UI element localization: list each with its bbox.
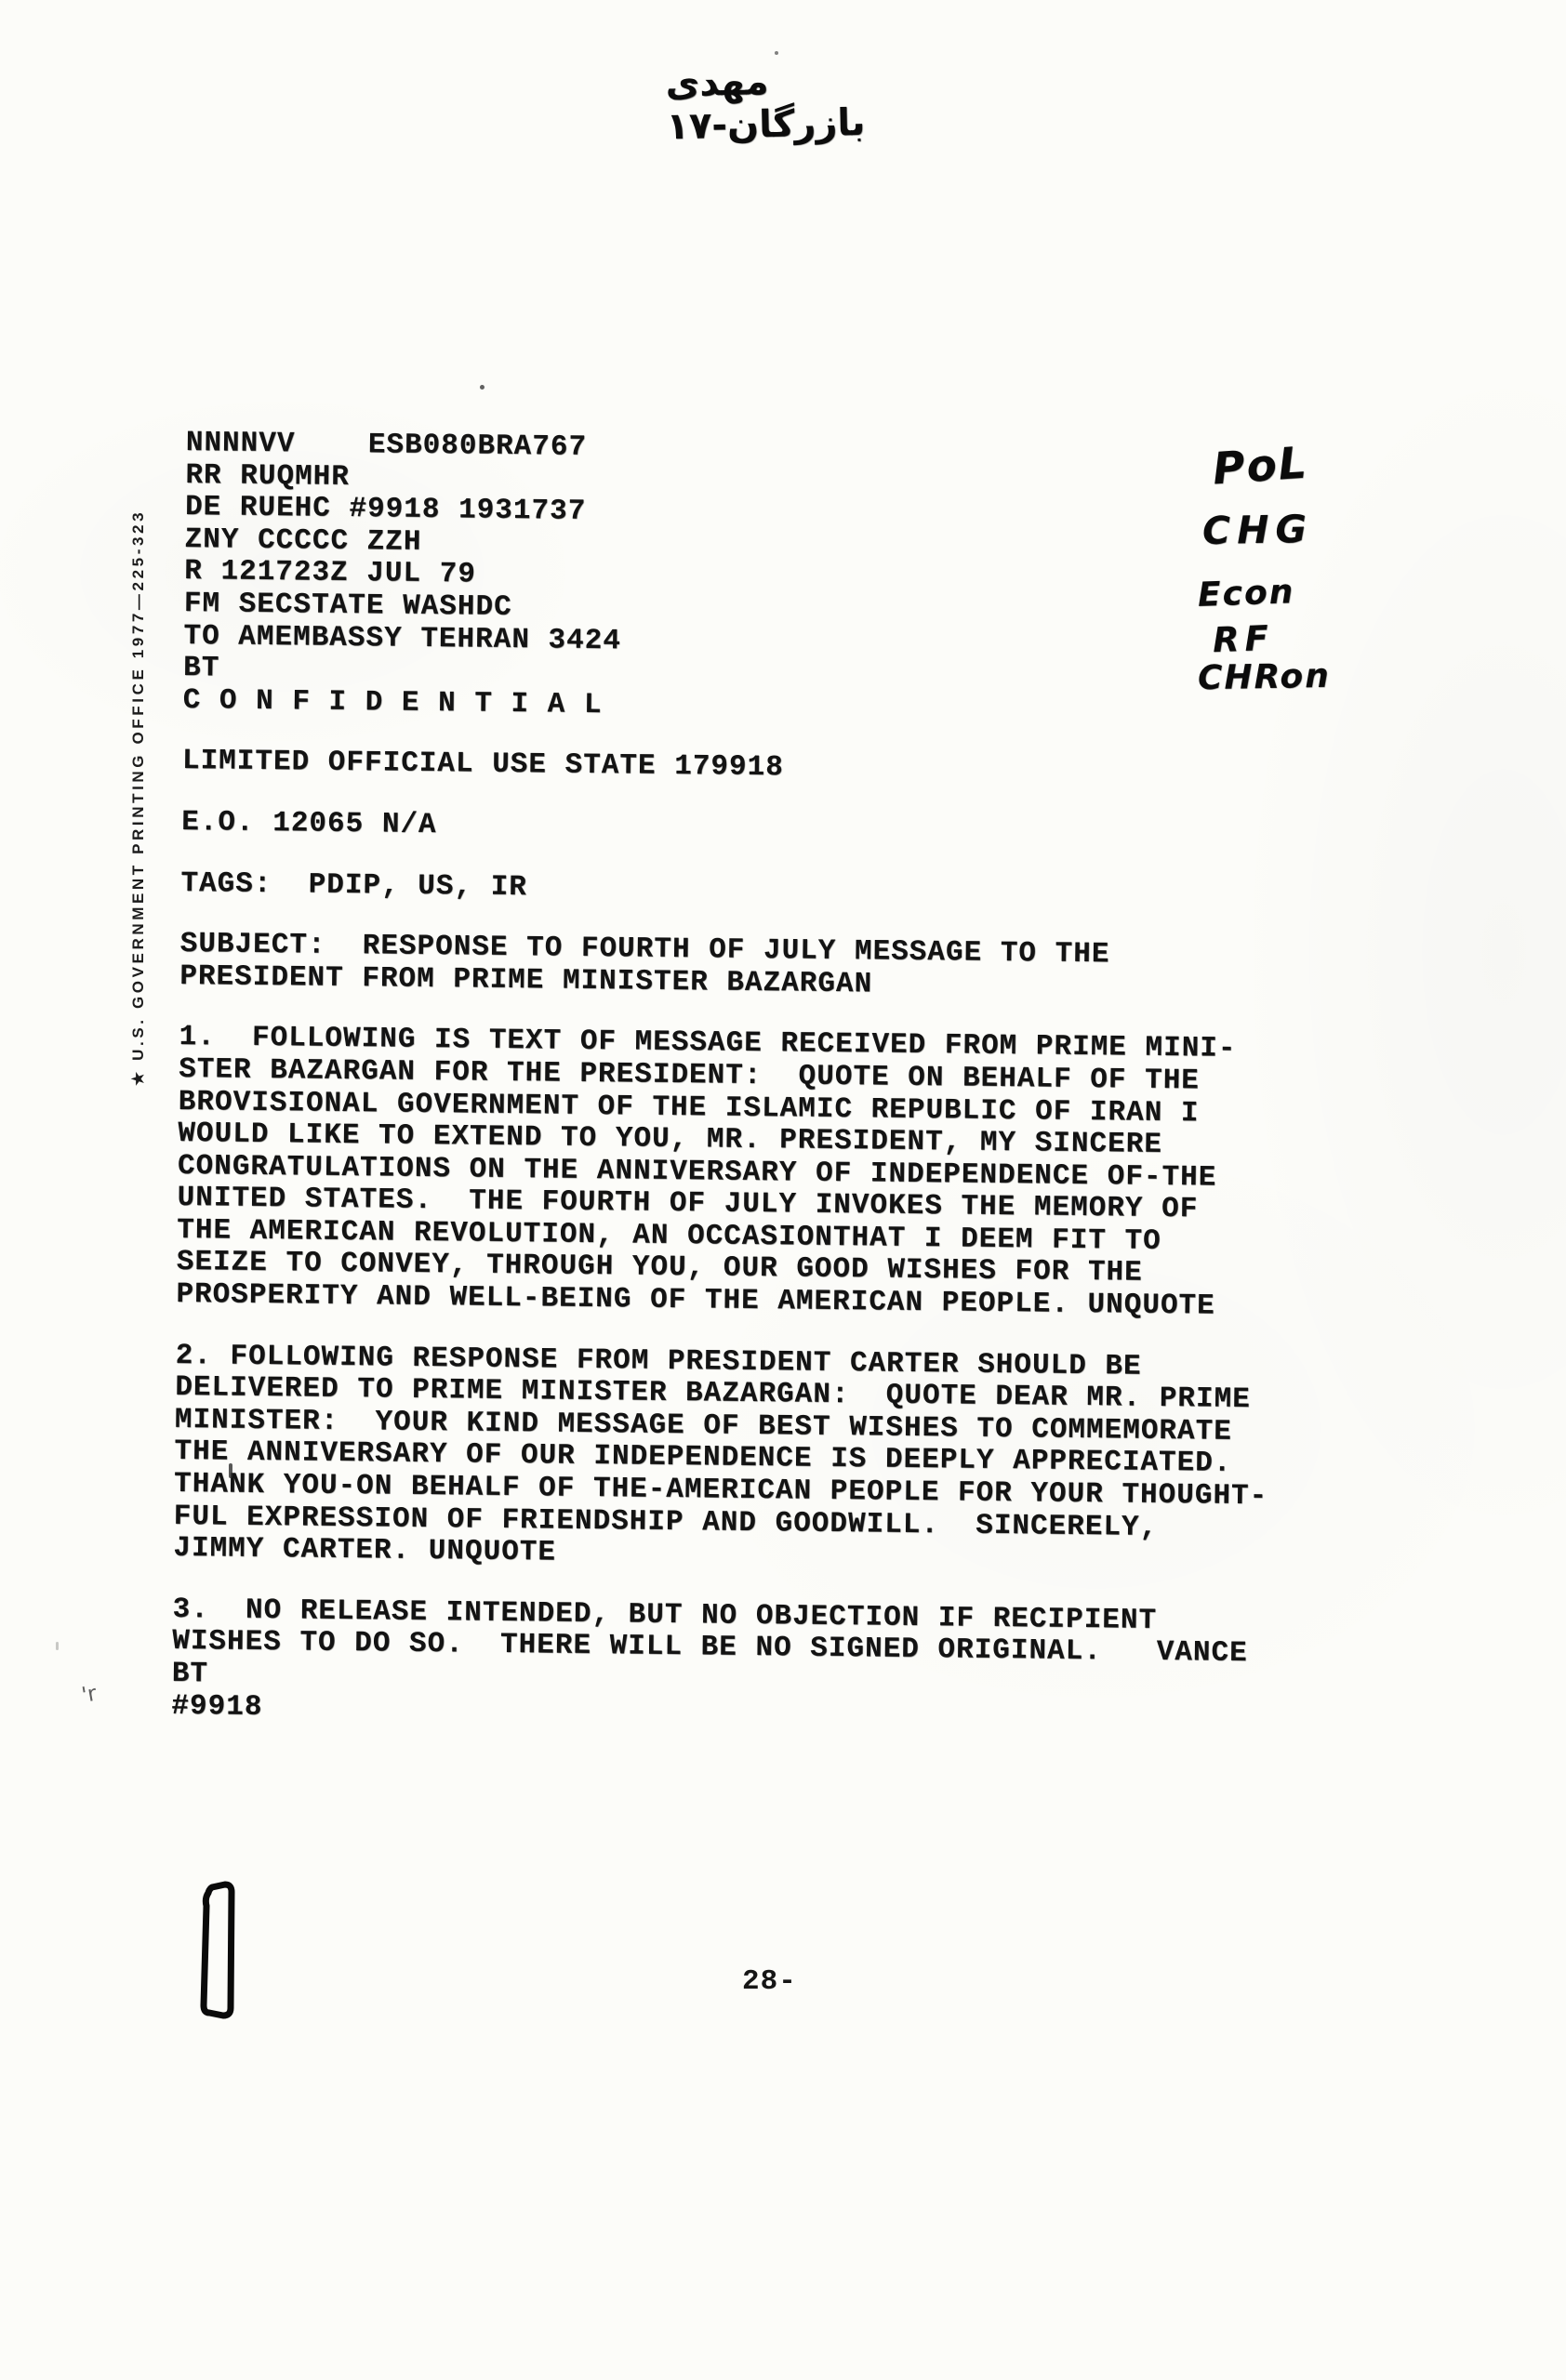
scan-speck [775,51,778,55]
telegram-line: E.O. 12065 N/A [181,807,1381,853]
handwritten-farsi-note: مهدی بازرگان-۱۷ [665,57,964,149]
telegram-section-1: LIMITED OFFICIAL USE STATE 179918 [182,746,1382,791]
page-number: 28- [742,1965,797,1998]
scan-speck [56,1642,59,1650]
telegram-section-5: 1. FOLLOWING IS TEXT OF MESSAGE RECEIVED… [176,1022,1378,1325]
telegram-text: NNNNVV ESB080BRA767RR RUQMHRDE RUEHC #99… [171,428,1386,1737]
telegram-line: TAGS: PDIP, US, IR [180,868,1380,914]
telegram-section-0: NNNNVV ESB080BRA767RR RUQMHRDE RUEHC #99… [182,428,1385,731]
telegram-section-4: SUBJECT: RESPONSE TO FOURTH OF JULY MESS… [179,929,1380,1007]
scanned-page: مهدی بازرگان-۱۷ PoL CHG Econ RF CHRon ★ … [0,0,1566,2380]
telegram-section-7: 3. NO RELEASE INTENDED, BUT NO OBJECTION… [171,1594,1372,1737]
handdrawn-loop-mark [193,1880,242,2029]
scan-speck [480,385,484,390]
gpo-margin-imprint: ★ U.S. GOVERNMENT PRINTING OFFICE 1977—2… [129,509,148,1086]
telegram-section-6: 2. FOLLOWING RESPONSE FROM PRESIDENT CAR… [173,1341,1375,1580]
telegram-line: LIMITED OFFICIAL USE STATE 179918 [182,746,1382,791]
telegram-section-3: TAGS: PDIP, US, IR [180,868,1380,914]
pencil-mark: 'r [80,1682,99,1708]
telegram-section-2: E.O. 12065 N/A [181,807,1381,853]
ink-blot [229,1463,232,1478]
